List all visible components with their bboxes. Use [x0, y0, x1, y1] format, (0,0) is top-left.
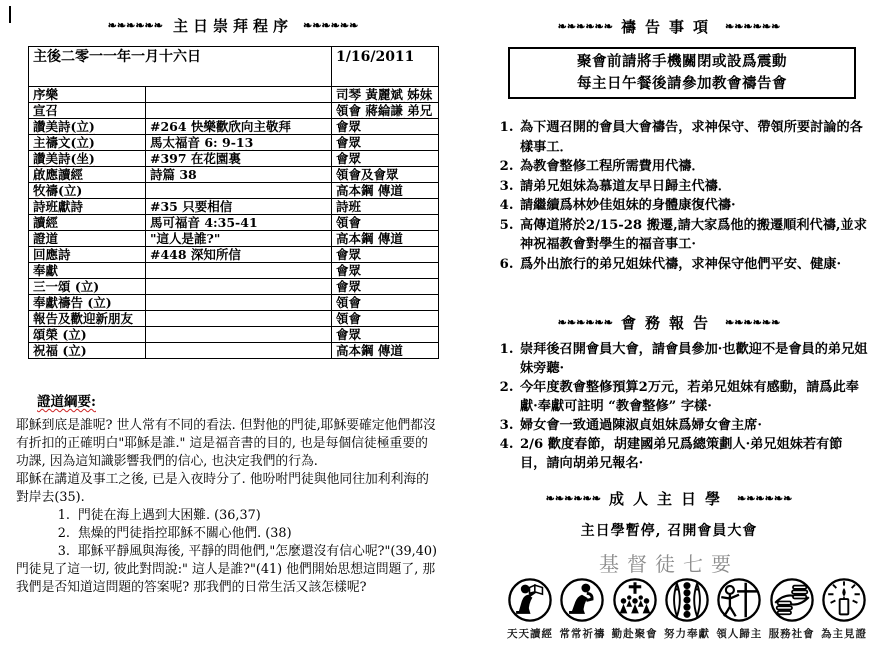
worship-order-title-text: 主日崇拜程序: [173, 17, 293, 35]
church-report-title-text: 會務報告: [621, 314, 717, 332]
sermon-outline-heading: 證道綱要:: [37, 390, 96, 410]
ornament-chain-icon: ❧❧❧❧❧❧: [558, 316, 613, 329]
prayer-item: 為教會整修工程所需費用代禱．: [518, 157, 868, 177]
table-row: 奉獻會眾: [29, 263, 439, 279]
table-cell: 會眾: [332, 119, 439, 135]
ornament-chain-icon: ❧❧❧❧❧❧: [546, 492, 601, 505]
notice-box: 聚會前請將手機關閉或設爲震動 每主日午餐後請參加教會禱告會: [508, 47, 856, 99]
table-cell: "這人是誰?": [146, 231, 332, 247]
table-cell: 三一頌 (立): [29, 279, 146, 295]
seven-item-label: 服務社會: [767, 626, 817, 641]
sermon-point: 門徒在海上遇到大困難. (36,37): [74, 507, 440, 525]
prayer-item: 請弟兄姐妹為慕道友早日歸主代禱．: [518, 177, 868, 197]
ornament-chain-icon: ❧❧❧❧❧❧: [725, 316, 780, 329]
sunday-school-note: 主日學暫停, 召開會員大會: [470, 520, 868, 540]
table-cell: 讚美詩(立): [29, 119, 146, 135]
table-cell: 報告及歡迎新朋友: [29, 311, 146, 327]
seven-item-bible-reading: 天天讀經: [505, 577, 555, 641]
sermon-points: 門徒在海上遇到大困難. (36,37)焦燥的門徒指控耶穌不關心他們. (38)耶…: [16, 507, 440, 561]
text-cursor: [9, 6, 11, 23]
table-cell: [146, 295, 332, 311]
seven-essentials-title: 基督徒七要: [470, 548, 868, 577]
table-cell: 領會及會眾: [332, 167, 439, 183]
table-cell: 主禱文(立): [29, 135, 146, 151]
table-cell: 高本鋼 傳道: [332, 343, 439, 359]
table-cell: 回應詩: [29, 247, 146, 263]
notice-line-1: 聚會前請將手機關閉或設爲震動: [577, 51, 787, 73]
date-cell-cn: 主後二零一一年一月十六日: [29, 47, 332, 87]
report-item: 崇拜後召開會員大會，請會員參加·也歡迎不是會員的弟兄姐妹旁聽·: [518, 340, 868, 378]
table-row: 讚美詩(坐)#397 在花園裏會眾: [29, 151, 439, 167]
table-cell: [146, 279, 332, 295]
sermon-outline: 耶穌到底是誰呢? 世人常有不同的看法. 但對他的門徒,耶穌要確定他們都沒有折扣的…: [16, 417, 440, 597]
sermon-point: 焦燥的門徒指控耶穌不關心他們. (38): [74, 525, 440, 543]
table-cell: 詩篇 38: [146, 167, 332, 183]
prayer-items-title-text: 禱告事項: [621, 18, 717, 36]
table-cell: 讚美詩(坐): [29, 151, 146, 167]
table-row: 主禱文(立)馬太福音 6: 9-13會眾: [29, 135, 439, 151]
sunday-school-title: ❧❧❧❧❧❧成人主日學❧❧❧❧❧❧: [470, 488, 868, 509]
ornament-chain-icon: ❧❧❧❧❧❧: [737, 492, 792, 505]
sermon-paragraphs: 耶穌到底是誰呢? 世人常有不同的看法. 但對他的門徒,耶穌要確定他們都沒有折扣的…: [16, 417, 440, 507]
seven-item-offering: 努力奉獻: [662, 577, 712, 641]
table-row: 詩班獻詩#35 只要相信詩班: [29, 199, 439, 215]
table-row: 宣召領會 蔣綸謙 弟兄: [29, 103, 439, 119]
prayer-item: 高傳道將於2/15-28 搬遷,請大家爲他的搬遷順利代禱,並求神祝福教會對學生的…: [518, 216, 868, 255]
seven-item-gathering: 勤赴聚會: [610, 577, 660, 641]
seven-item-evangelism: 領人歸主: [714, 577, 764, 641]
table-cell: 宣召: [29, 103, 146, 119]
seven-item-prayer: 常常祈禱: [557, 577, 607, 641]
table-cell: 頌榮 (立): [29, 327, 146, 343]
seven-item-service: 服務社會: [767, 577, 817, 641]
table-cell: 奉獻禱告 (立): [29, 295, 146, 311]
worship-table: 主後二零一一年一月十六日 1/16/2011 序樂司琴 黃麗斌 姊妹宣召領會 蔣…: [28, 46, 439, 359]
sunday-school-title-text: 成人主日學: [609, 490, 729, 508]
table-cell: 讀經: [29, 215, 146, 231]
table-cell: [146, 327, 332, 343]
table-cell: 會眾: [332, 247, 439, 263]
seven-essentials-row: 天天讀經 常常祈禱 勤赴聚會: [505, 577, 869, 641]
ornament-chain-icon: ❧❧❧❧❧❧: [725, 20, 780, 33]
prayer-items-title: ❧❧❧❧❧❧禱告事項❧❧❧❧❧❧: [470, 16, 868, 37]
table-row: 啟應讀經詩篇 38領會及會眾: [29, 167, 439, 183]
offering-icon: [664, 577, 710, 623]
table-cell: 奉獻: [29, 263, 146, 279]
table-cell: 詩班: [332, 199, 439, 215]
table-cell: 證道: [29, 231, 146, 247]
table-row: 三一頌 (立)會眾: [29, 279, 439, 295]
prayer-icon: [559, 577, 605, 623]
bible-reading-icon: [507, 577, 553, 623]
prayer-item: 請繼續爲林妙佳姐妹的身體康復代禱·: [518, 196, 868, 216]
table-row: 讚美詩(立)#264 快樂歡欣向主敬拜會眾: [29, 119, 439, 135]
table-cell: 領會 蔣綸謙 弟兄: [332, 103, 439, 119]
table-cell: 領會: [332, 295, 439, 311]
date-row: 主後二零一一年一月十六日 1/16/2011: [29, 47, 439, 87]
table-cell: [146, 87, 332, 103]
evangelism-icon: [716, 577, 762, 623]
sermon-closing: 門徒見了這一切, 彼此對問說:" 這人是誰?"(41) 他們開始思想這問題了, …: [16, 561, 440, 597]
table-cell: [146, 263, 332, 279]
table-cell: [146, 183, 332, 199]
table-cell: [146, 311, 332, 327]
seven-item-label: 領人歸主: [714, 626, 764, 641]
table-row: 奉獻禱告 (立)領會: [29, 295, 439, 311]
table-row: 報告及歡迎新朋友領會: [29, 311, 439, 327]
worship-order-title: ❧❧❧❧❧❧主日崇拜程序❧❧❧❧❧❧: [28, 15, 438, 36]
table-row: 牧禱(立)高本鋼 傳道: [29, 183, 439, 199]
table-row: 序樂司琴 黃麗斌 姊妹: [29, 87, 439, 103]
seven-item-label: 努力奉獻: [662, 626, 712, 641]
ornament-chain-icon: ❧❧❧❧❧❧: [303, 19, 358, 32]
table-row: 回應詩#448 深知所信會眾: [29, 247, 439, 263]
table-cell: 會眾: [332, 263, 439, 279]
table-cell: 高本鋼 傳道: [332, 183, 439, 199]
report-list: 崇拜後召開會員大會，請會員參加·也歡迎不是會員的弟兄姐妹旁聽·今年度教會整修預算…: [494, 340, 868, 473]
worship-table-body: 主後二零一一年一月十六日 1/16/2011 序樂司琴 黃麗斌 姊妹宣召領會 蔣…: [29, 47, 439, 359]
service-icon: [769, 577, 815, 623]
report-item: 婦女會一致通過陳淑貞姐妹爲婦女會主席·: [518, 416, 868, 435]
table-row: 讀經馬可福音 4:35-41領會: [29, 215, 439, 231]
table-cell: 詩班獻詩: [29, 199, 146, 215]
table-cell: 祝福 (立): [29, 343, 146, 359]
seven-item-label: 為主見證: [819, 626, 869, 641]
table-cell: 會眾: [332, 151, 439, 167]
table-cell: 司琴 黃麗斌 姊妹: [332, 87, 439, 103]
table-cell: 啟應讀經: [29, 167, 146, 183]
ornament-chain-icon: ❧❧❧❧❧❧: [108, 19, 163, 32]
church-report-title: ❧❧❧❧❧❧會務報告❧❧❧❧❧❧: [470, 312, 868, 333]
table-cell: 領會: [332, 311, 439, 327]
prayer-item: 為下週召開的會員大會禱告，求神保守、帶領所要討論的各樣事工．: [518, 118, 868, 157]
table-cell: #35 只要相信: [146, 199, 332, 215]
notice-line-2: 每主日午餐後請參加教會禱告會: [577, 73, 787, 95]
ornament-chain-icon: ❧❧❧❧❧❧: [558, 20, 613, 33]
table-cell: 高本鋼 傳道: [332, 231, 439, 247]
seven-item-witness: 為主見證: [819, 577, 869, 641]
table-cell: [146, 343, 332, 359]
table-row: 證道"這人是誰?"高本鋼 傳道: [29, 231, 439, 247]
prayer-list: 為下週召開的會員大會禱告，求神保守、帶領所要討論的各樣事工．為教會整修工程所需費…: [494, 118, 868, 274]
table-cell: 牧禱(立): [29, 183, 146, 199]
table-cell: 領會: [332, 215, 439, 231]
sermon-paragraph: 耶穌到底是誰呢? 世人常有不同的看法. 但對他的門徒,耶穌要確定他們都沒有折扣的…: [16, 417, 440, 471]
sermon-point: 耶穌平靜風與海後, 平靜的問他們,"怎麼還沒有信心呢?"(39,40): [74, 543, 440, 561]
prayer-item: 爲外出旅行的弟兄姐妹代禱，求神保守他們平安、健康·: [518, 255, 868, 275]
sermon-paragraph: 耶穌在講道及事工之後, 已是入夜時分了. 他吩咐門徒與他同往加利利海的對岸去(3…: [16, 471, 440, 507]
seven-item-label: 常常祈禱: [557, 626, 607, 641]
table-cell: 馬太福音 6: 9-13: [146, 135, 332, 151]
seven-item-label: 天天讀經: [505, 626, 555, 641]
date-cell-en: 1/16/2011: [332, 47, 439, 87]
table-cell: [146, 103, 332, 119]
table-cell: #264 快樂歡欣向主敬拜: [146, 119, 332, 135]
table-cell: 會眾: [332, 327, 439, 343]
table-cell: 會眾: [332, 279, 439, 295]
table-row: 頌榮 (立)會眾: [29, 327, 439, 343]
table-cell: #448 深知所信: [146, 247, 332, 263]
report-item: 2/6 歡度春節，胡建國弟兄爲總策劃人·弟兄姐妹若有節目，請向胡弟兄報名·: [518, 435, 868, 473]
table-cell: 序樂: [29, 87, 146, 103]
table-row: 祝福 (立)高本鋼 傳道: [29, 343, 439, 359]
church-gathering-icon: [612, 577, 658, 623]
seven-item-label: 勤赴聚會: [610, 626, 660, 641]
table-cell: 馬可福音 4:35-41: [146, 215, 332, 231]
table-cell: #397 在花園裏: [146, 151, 332, 167]
table-cell: 會眾: [332, 135, 439, 151]
witness-candle-icon: [821, 577, 867, 623]
report-item: 今年度教會整修預算2万元，若弟兄姐妹有感動，請爲此奉獻·奉獻可註明 “教會整修”…: [518, 378, 868, 416]
